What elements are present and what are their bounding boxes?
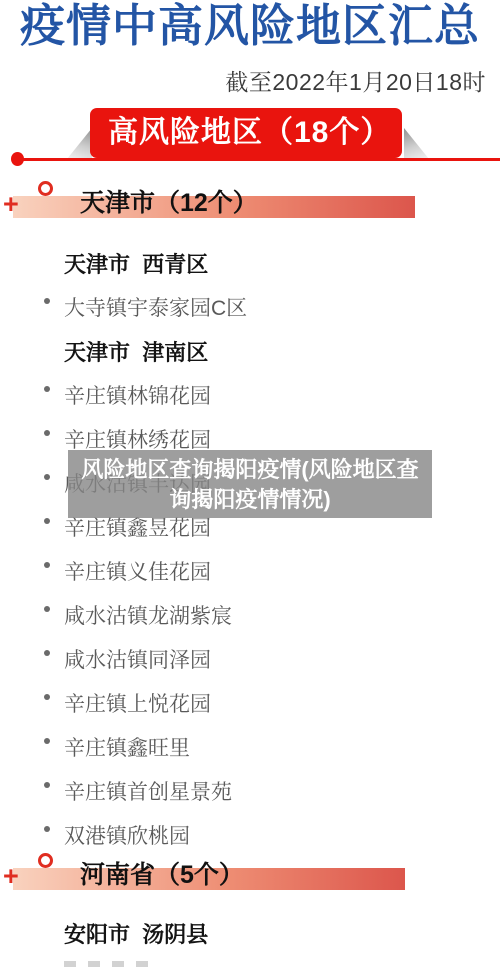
list-item-label: 辛庄镇鑫昱花园 (64, 517, 211, 540)
ribbon-fold-left (67, 128, 92, 159)
section-heading-henan: + 河南省（5个） (0, 852, 500, 894)
list-item-label: 辛庄镇上悦花园 (64, 693, 211, 716)
high-risk-banner: 高风险地区（18个） (90, 108, 402, 158)
list-item-label: 咸水沽镇龙湖紫宸 (64, 605, 232, 628)
list-item: 大寺镇宇泰家园C区 (0, 292, 500, 316)
bullet-icon (44, 474, 50, 480)
list-item: 辛庄镇上悦花园 (0, 688, 500, 712)
list-item: 辛庄镇鑫旺里 (0, 732, 500, 756)
bullet-icon (44, 562, 50, 568)
bullet-icon (44, 782, 50, 788)
as-of-timestamp: 截至2022年1月20日18时 (225, 64, 486, 97)
ring-marker-icon (38, 853, 53, 868)
bullet-icon (44, 298, 50, 304)
district-header: 天津市 津南区 (0, 336, 500, 360)
bullet-icon (44, 694, 50, 700)
list-item-label: 辛庄镇鑫旺里 (64, 737, 190, 760)
list-item: 咸水沽镇同泽园 (0, 644, 500, 668)
list-item: 辛庄镇义佳花园 (0, 556, 500, 580)
list-item: 辛庄镇林绣花园 (0, 424, 500, 448)
divider-line (15, 158, 500, 161)
list-item-label: 双港镇欣桃园 (64, 825, 190, 848)
watermark-caption-overlay[interactable]: 风险地区查询揭阳疫情(风险地区查 询揭阳疫情情况) (68, 450, 432, 518)
section-heading-tianjin: + 天津市（12个） (0, 180, 500, 222)
list-item-label: 辛庄镇林锦花园 (64, 385, 211, 408)
divider-line-dot (11, 152, 24, 166)
list-item-label: 咸水沽镇同泽园 (64, 649, 211, 672)
ribbon-fold-right (404, 128, 429, 159)
bullet-icon (44, 826, 50, 832)
plus-marker-icon: + (3, 863, 19, 890)
district-header: 天津市 西青区 (0, 248, 500, 272)
bullet-icon (44, 606, 50, 612)
high-risk-banner-ribbon: 高风险地区（18个） (0, 108, 500, 160)
plus-marker-icon: + (3, 191, 19, 218)
section-title: 河南省（5个） (80, 855, 244, 891)
clipped-list-item-fragment (64, 961, 150, 967)
bullet-icon (44, 738, 50, 744)
bullet-icon (44, 386, 50, 392)
section-title: 天津市（12个） (80, 183, 258, 219)
list-item-label: 大寺镇宇泰家园C区 (64, 297, 247, 320)
list-item: 辛庄镇林锦花园 (0, 380, 500, 404)
page-title: 疫情中高风险地区汇总 (0, 0, 500, 56)
bullet-icon (44, 430, 50, 436)
bullet-icon (44, 650, 50, 656)
list-item-label: 辛庄镇义佳花园 (64, 561, 211, 584)
high-risk-area-list: 天津市 西青区 大寺镇宇泰家园C区 天津市 津南区 辛庄镇林锦花园 辛庄镇林绣花… (0, 248, 500, 864)
list-item: 辛庄镇首创星景苑 (0, 776, 500, 800)
list-item: 双港镇欣桃园 (0, 820, 500, 844)
list-item: 咸水沽镇龙湖紫宸 (0, 600, 500, 624)
district-header: 安阳市 汤阴县 (0, 918, 500, 942)
ring-marker-icon (38, 181, 53, 196)
list-item-label: 辛庄镇首创星景苑 (64, 781, 232, 804)
bullet-icon (44, 518, 50, 524)
list-item-label: 辛庄镇林绣花园 (64, 429, 211, 452)
overlay-line-2: 询揭阳疫情情况) (68, 485, 432, 515)
overlay-line-1: 风险地区查询揭阳疫情(风险地区查 (68, 455, 432, 485)
